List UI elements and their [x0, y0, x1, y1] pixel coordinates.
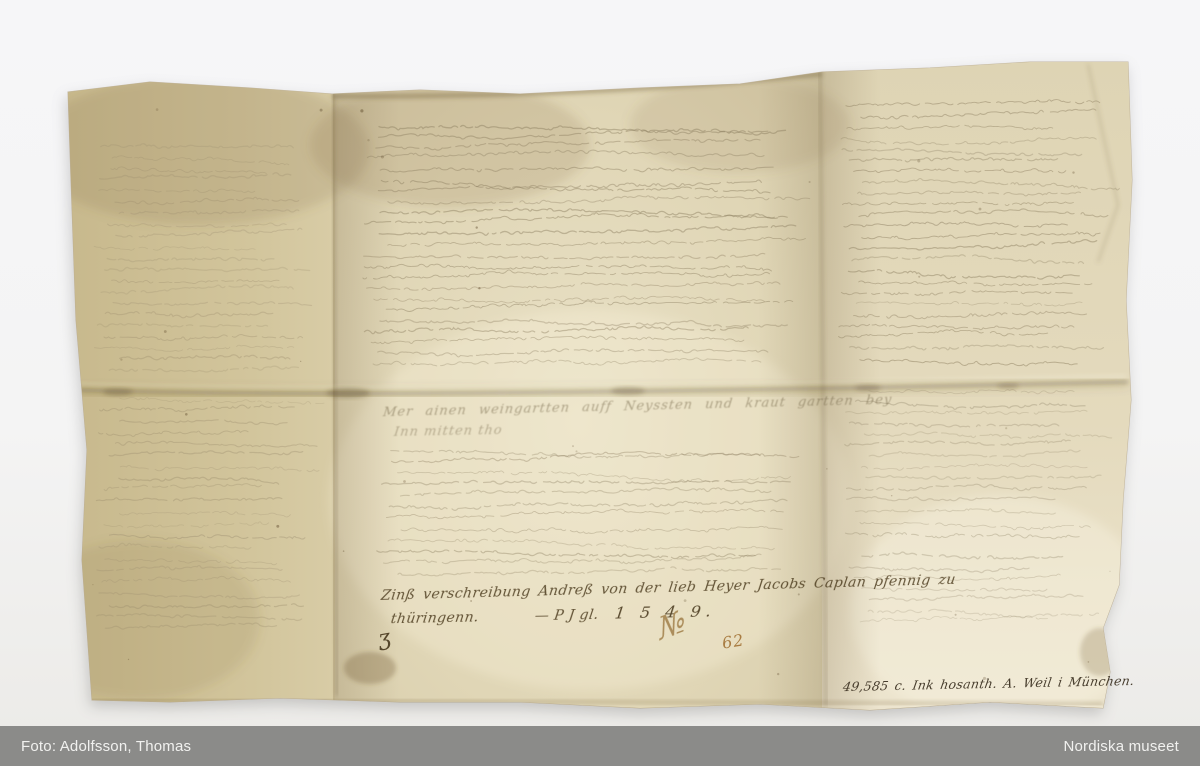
photo-credit-text: Foto: Adolfsson, Thomas: [21, 738, 191, 755]
document-photo: Mer ainen weingartten auff Neyssten und …: [0, 0, 1200, 726]
parchment-image: [0, 0, 1200, 726]
museum-photo-page: Mer ainen weingartten auff Neyssten und …: [0, 0, 1200, 766]
museum-name-text: Nordiska museet: [1063, 738, 1179, 755]
caption-bar: Foto: Adolfsson, Thomas Nordiska museet: [0, 726, 1200, 766]
